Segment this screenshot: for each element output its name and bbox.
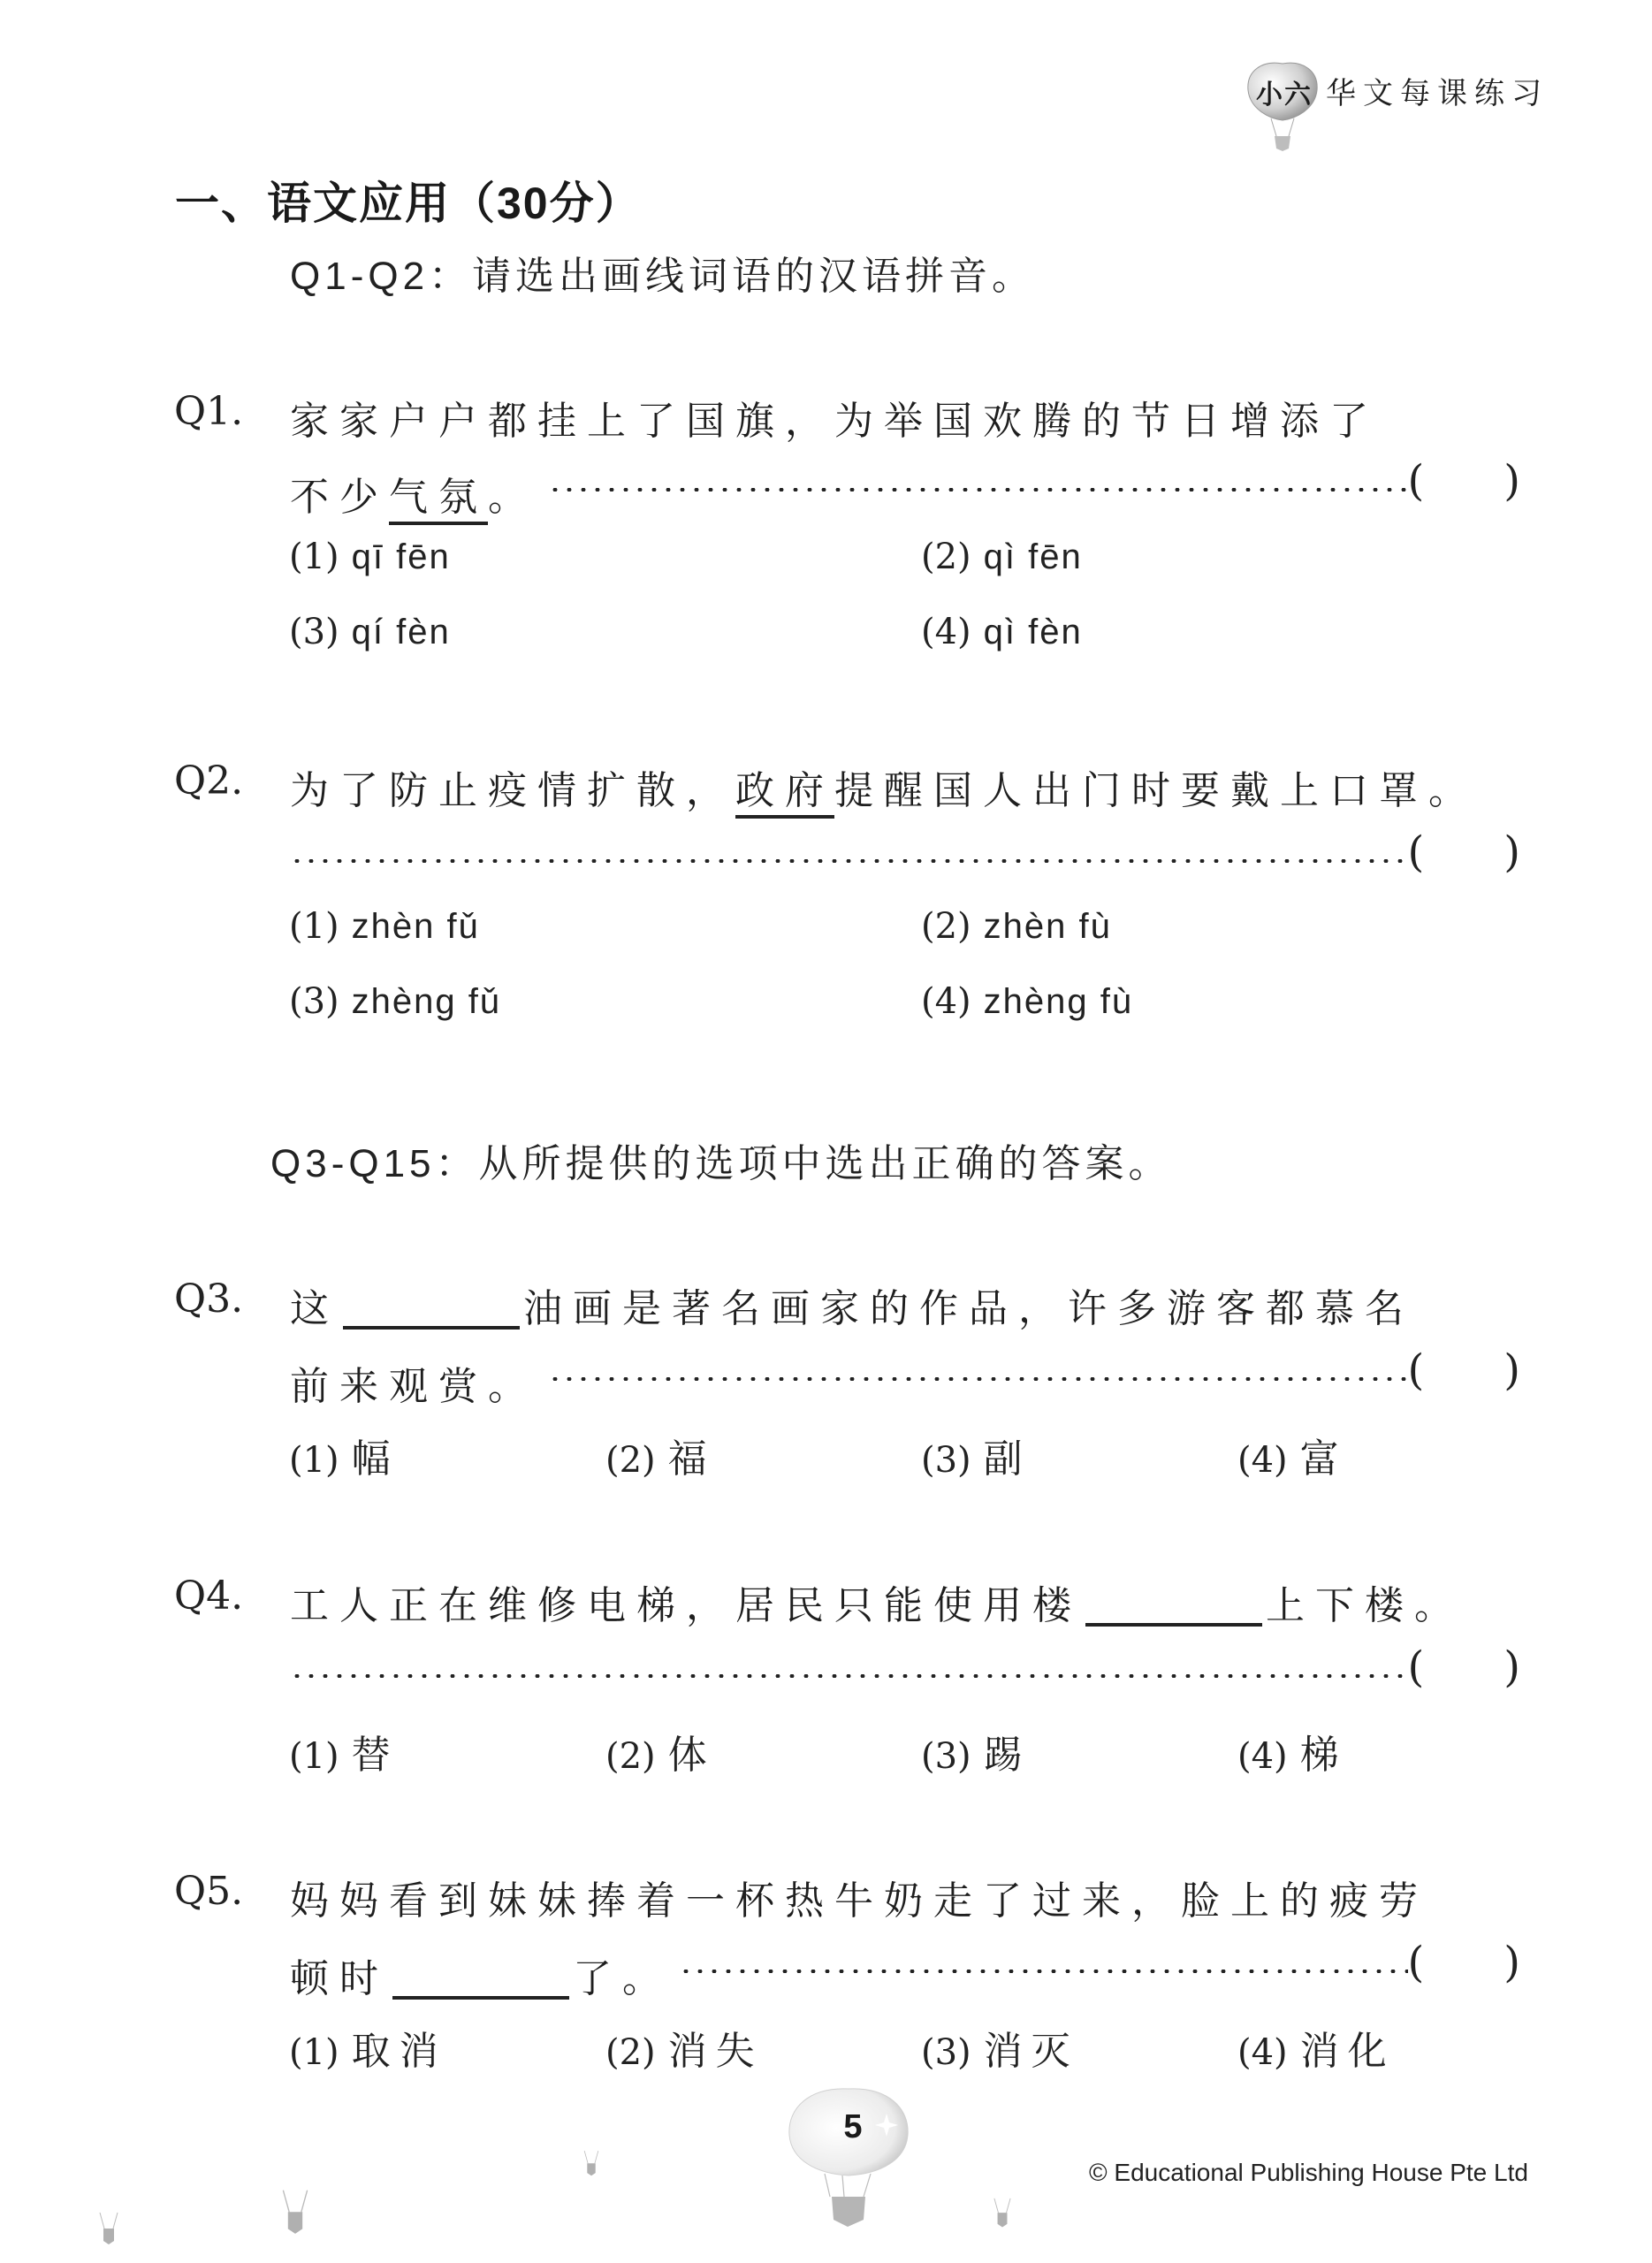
question-text: 提醒国人出门时要戴上口罩。 bbox=[834, 768, 1478, 813]
option-number: (3) bbox=[289, 612, 339, 652]
answer-paren-open: ( bbox=[1408, 831, 1425, 873]
answer-leader: ( ) bbox=[548, 467, 1520, 502]
underlined-word: 气氛 bbox=[389, 475, 488, 525]
question-text: 上下楼。 bbox=[1266, 1583, 1464, 1628]
option-number: (4) bbox=[1237, 2032, 1288, 2073]
option-1[interactable]: (1)幅 bbox=[289, 1427, 400, 1483]
option-text: 富 bbox=[1300, 1436, 1348, 1482]
option-number: (1) bbox=[289, 906, 339, 947]
question-text: 家家户户都挂上了国旗，为举国欢腾的节日增添了 bbox=[290, 389, 1379, 446]
option-text: zhèn fù bbox=[984, 907, 1112, 946]
option-text: 消化 bbox=[1300, 2029, 1396, 2074]
option-text: 体 bbox=[668, 1733, 716, 1778]
option-text: 消失 bbox=[668, 2029, 764, 2074]
option-text: 副 bbox=[984, 1436, 1032, 1482]
question-text: 。 bbox=[488, 475, 537, 520]
question-text: 不少 bbox=[290, 475, 389, 520]
answer-paren-close: ) bbox=[1504, 1349, 1520, 1391]
option-text: 梯 bbox=[1300, 1733, 1348, 1778]
answer-leader: ( ) bbox=[679, 1948, 1520, 1984]
grade-badge: 小六 bbox=[1253, 72, 1315, 111]
question-label: Q2. bbox=[174, 758, 243, 804]
answer-slot[interactable] bbox=[1424, 467, 1504, 502]
option-number: (2) bbox=[921, 906, 971, 947]
answer-paren-open: ( bbox=[1408, 1349, 1425, 1391]
option-4[interactable]: (4)梯 bbox=[1237, 1723, 1348, 1779]
instruction-q3-q15: Q3-Q15：从所提供的选项中选出正确的答案。 bbox=[270, 1131, 1172, 1188]
balloon-icon bbox=[81, 2153, 136, 2250]
option-3[interactable]: (3)消灭 bbox=[921, 2019, 1079, 2076]
option-3[interactable]: (3)踢 bbox=[921, 1723, 1032, 1779]
option-4[interactable]: (4)qì fèn bbox=[921, 611, 1083, 652]
option-2[interactable]: (2)qì fēn bbox=[921, 536, 1083, 577]
option-text: 幅 bbox=[352, 1436, 400, 1482]
answer-slot[interactable] bbox=[1424, 1653, 1504, 1688]
option-text: 替 bbox=[352, 1733, 400, 1778]
answer-paren-open: ( bbox=[1408, 1646, 1425, 1688]
option-text: qí fèn bbox=[352, 613, 451, 651]
option-4[interactable]: (4)富 bbox=[1237, 1427, 1348, 1483]
page-number: 5 bbox=[831, 2108, 875, 2146]
answer-slot[interactable] bbox=[1424, 1948, 1504, 1984]
answer-leader: ( ) bbox=[290, 838, 1520, 873]
option-text: qì fēn bbox=[984, 537, 1083, 576]
option-text: 踢 bbox=[984, 1733, 1032, 1778]
option-1[interactable]: (1)zhèn fǔ bbox=[289, 905, 480, 947]
fill-in-blank[interactable] bbox=[343, 1287, 520, 1330]
question-text-line1: 工人正在维修电梯，居民只能使用楼上下楼。 bbox=[290, 1573, 1464, 1630]
option-number: (1) bbox=[289, 1440, 339, 1481]
option-number: (4) bbox=[1237, 1736, 1288, 1777]
option-number: (2) bbox=[605, 2032, 656, 2073]
option-number: (2) bbox=[605, 1736, 656, 1777]
option-text: zhèn fǔ bbox=[352, 907, 480, 946]
fill-in-blank[interactable] bbox=[1085, 1584, 1262, 1627]
answer-leader: ( ) bbox=[548, 1356, 1520, 1391]
fill-in-blank[interactable] bbox=[392, 1957, 569, 2000]
answer-paren-close: ) bbox=[1504, 1646, 1520, 1688]
option-text: zhèng fù bbox=[984, 982, 1133, 1021]
question-text: 顿时 bbox=[290, 1956, 389, 2001]
dotted-leader bbox=[290, 1674, 1408, 1678]
page-number-balloon-icon bbox=[782, 2082, 915, 2232]
answer-slot[interactable] bbox=[1424, 1356, 1504, 1391]
option-number: (1) bbox=[289, 1736, 339, 1777]
option-1[interactable]: (1)替 bbox=[289, 1723, 400, 1779]
answer-paren-close: ) bbox=[1504, 831, 1520, 873]
option-text: 福 bbox=[668, 1436, 716, 1482]
question-text: 妈妈看到妹妹捧着一杯热牛奶走了过来，脸上的疲劳 bbox=[290, 1869, 1428, 1925]
option-text: zhèng fǔ bbox=[352, 982, 501, 1021]
question-text: 这 bbox=[290, 1286, 339, 1331]
option-3[interactable]: (3)副 bbox=[921, 1427, 1032, 1483]
answer-slot[interactable] bbox=[1424, 838, 1504, 873]
copyright: © Educational Publishing House Pte Ltd bbox=[1089, 2159, 1528, 2187]
answer-paren-close: ) bbox=[1504, 1941, 1520, 1984]
option-number: (3) bbox=[921, 1440, 971, 1481]
option-text: 消灭 bbox=[984, 2029, 1079, 2074]
option-number: (1) bbox=[289, 537, 339, 577]
section-title: 一、语文应用（30分） bbox=[175, 168, 642, 232]
dotted-leader bbox=[679, 1970, 1408, 1973]
question-label: Q4. bbox=[174, 1573, 243, 1619]
question-text: 为了防止疫情扩散， bbox=[290, 768, 735, 813]
question-text-line2: 不少气氛。 bbox=[290, 465, 537, 522]
option-number: (3) bbox=[289, 981, 339, 1022]
option-2[interactable]: (2)福 bbox=[605, 1427, 716, 1483]
question-label: Q3. bbox=[174, 1276, 243, 1322]
option-number: (1) bbox=[289, 2032, 339, 2073]
question-text-line1: 为了防止疫情扩散，政府提醒国人出门时要戴上口罩。 bbox=[290, 758, 1478, 815]
answer-paren-open: ( bbox=[1408, 460, 1425, 502]
option-4[interactable]: (4)zhèng fù bbox=[921, 980, 1133, 1022]
option-1[interactable]: (1)qī fēn bbox=[289, 536, 451, 577]
answer-leader: ( ) bbox=[290, 1653, 1520, 1688]
option-number: (4) bbox=[921, 612, 971, 652]
instruction-q1-q2: Q1-Q2：请选出画线词语的汉语拼音。 bbox=[290, 244, 1035, 301]
question-text: 工人正在维修电梯，居民只能使用楼 bbox=[290, 1583, 1082, 1628]
answer-paren-open: ( bbox=[1408, 1941, 1425, 1984]
option-2[interactable]: (2)体 bbox=[605, 1723, 716, 1779]
option-3[interactable]: (3)zhèng fǔ bbox=[289, 980, 501, 1022]
balloon-icon bbox=[258, 2108, 332, 2241]
option-1[interactable]: (1)取消 bbox=[289, 2019, 447, 2076]
option-number: (4) bbox=[921, 981, 971, 1022]
dotted-leader bbox=[290, 859, 1408, 863]
option-2[interactable]: (2)消失 bbox=[605, 2019, 764, 2076]
question-text-line1: 这油画是著名画家的作品，许多游客都慕名 bbox=[290, 1276, 1414, 1333]
question-label: Q1. bbox=[174, 389, 243, 434]
option-number: (2) bbox=[921, 537, 971, 577]
option-text: qī fēn bbox=[352, 537, 451, 576]
option-number: (4) bbox=[1237, 1440, 1288, 1481]
question-text: 油画是著名画家的作品，许多游客都慕名 bbox=[523, 1286, 1414, 1331]
answer-paren-close: ) bbox=[1504, 460, 1520, 502]
question-text: 前来观赏。 bbox=[290, 1354, 537, 1411]
question-text: 了。 bbox=[573, 1956, 672, 2001]
underlined-word: 政府 bbox=[735, 768, 834, 819]
option-2[interactable]: (2)zhèn fù bbox=[921, 905, 1112, 947]
balloon-icon bbox=[570, 2104, 613, 2180]
question-label: Q5. bbox=[174, 1869, 243, 1914]
dotted-leader bbox=[548, 488, 1408, 491]
option-text: 取消 bbox=[352, 2029, 447, 2074]
option-number: (2) bbox=[605, 1440, 656, 1481]
balloon-icon bbox=[977, 2144, 1028, 2232]
option-number: (3) bbox=[921, 2032, 971, 2073]
option-number: (3) bbox=[921, 1736, 971, 1777]
option-3[interactable]: (3)qí fèn bbox=[289, 611, 451, 652]
dotted-leader bbox=[548, 1377, 1408, 1381]
series-title: 华文每课练习 bbox=[1326, 69, 1549, 112]
option-text: qì fèn bbox=[984, 613, 1083, 651]
option-4[interactable]: (4)消化 bbox=[1237, 2019, 1396, 2076]
question-text-line2: 顿时了。 bbox=[290, 1947, 672, 2003]
